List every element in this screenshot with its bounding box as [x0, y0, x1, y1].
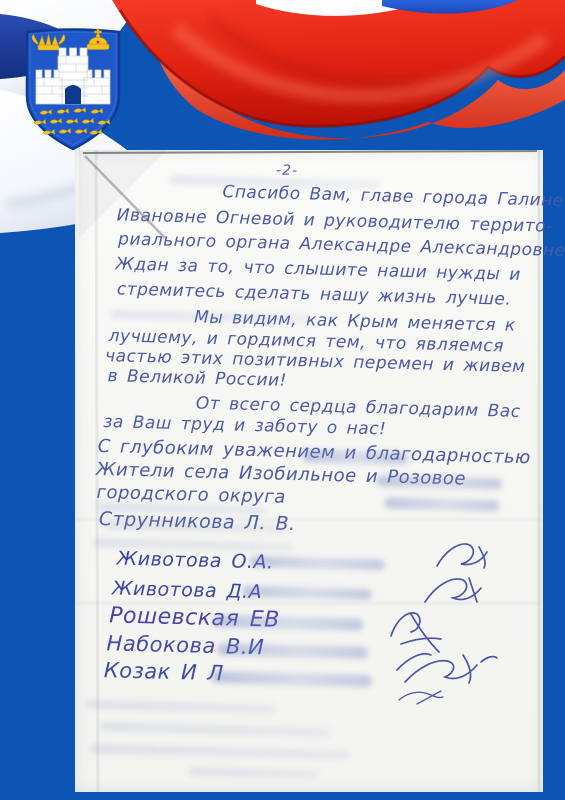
- letter-line: Ждан за то, что слышите наши нужды и: [115, 256, 521, 284]
- handwriting-layer: -2- Спасибо Вам, главе города Галине Ива…: [59, 149, 544, 800]
- castle-gate: [65, 85, 81, 104]
- ink-ghost: [100, 722, 330, 737]
- blurred-text-smudge: [302, 449, 407, 465]
- ink-ghost: [90, 744, 350, 760]
- letter-line: в Великой России!: [107, 368, 287, 390]
- blurred-text-smudge: [384, 497, 499, 511]
- blurred-text-smudge: [212, 671, 372, 687]
- ink-ghost: [189, 767, 319, 778]
- signature-name: Животова Д.А: [112, 579, 263, 602]
- coat-of-arms: [24, 26, 122, 154]
- letter-scan: -2- Спасибо Вам, главе города Галине Ива…: [75, 150, 543, 792]
- letter-line: за Ваш труд и заботу о нас!: [103, 414, 386, 438]
- post-card: -2- Спасибо Вам, главе города Галине Ива…: [0, 0, 565, 800]
- signature-name: Козак И Л: [104, 660, 224, 684]
- page-number: -2-: [276, 162, 298, 179]
- crown-gem: [97, 41, 100, 44]
- letter-line: стремитесь сделать нашу жизнь лучше.: [117, 281, 512, 308]
- ink-ghost: [86, 700, 276, 714]
- letter-line: Спасибо Вам, главе города Галине: [222, 184, 564, 210]
